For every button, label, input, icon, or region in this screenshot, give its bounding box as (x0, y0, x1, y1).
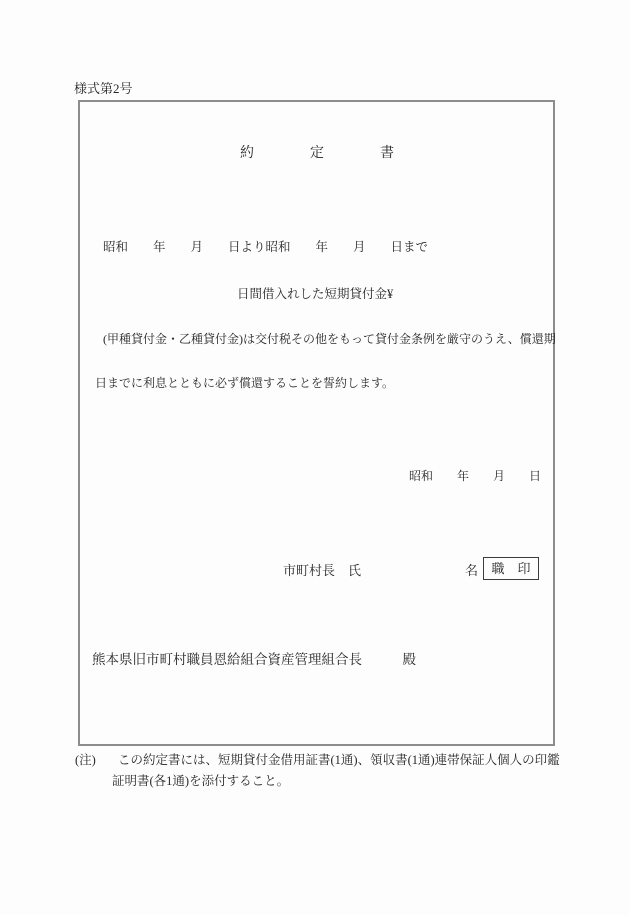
signer-name-line: 市町村長 氏 名 (283, 564, 478, 579)
pledge-paragraph-line-2: 日までに利息とともに必ず償還することを誓約します。 (95, 377, 394, 391)
form-number-label: 様式第2号 (74, 82, 133, 97)
document-border-box (78, 100, 555, 746)
loan-amount-line: 日間借入れした短期貸付金¥ (237, 287, 393, 301)
note-line-2: 証明書(各1通)を添付すること。 (112, 774, 289, 788)
loan-period-line: 昭和 年 月 日より昭和 年 月 日まで (103, 240, 428, 254)
document-title: 約 定 書 (78, 146, 556, 162)
note-label: (注) (75, 753, 96, 767)
pledge-paragraph-line-1: (甲種貸付金・乙種貸付金)は交付税その他をもって貸付金条例を厳守のうえ、償還期 (103, 333, 556, 347)
scanned-form-page: 様式第2号 約 定 書 昭和 年 月 日より昭和 年 月 日まで 日間借入れした… (0, 0, 630, 915)
addressee-line: 熊本県旧市町村職員恩給組合資産管理組合長 殿 (92, 652, 416, 668)
signature-date-line: 昭和 年 月 日 (409, 470, 541, 484)
note-line-1: この約定書には、短期貸付金借用証書(1通)、領収書(1通)連帯保証人個人の印鑑 (118, 753, 560, 767)
official-seal-box: 職 印 (483, 557, 539, 580)
